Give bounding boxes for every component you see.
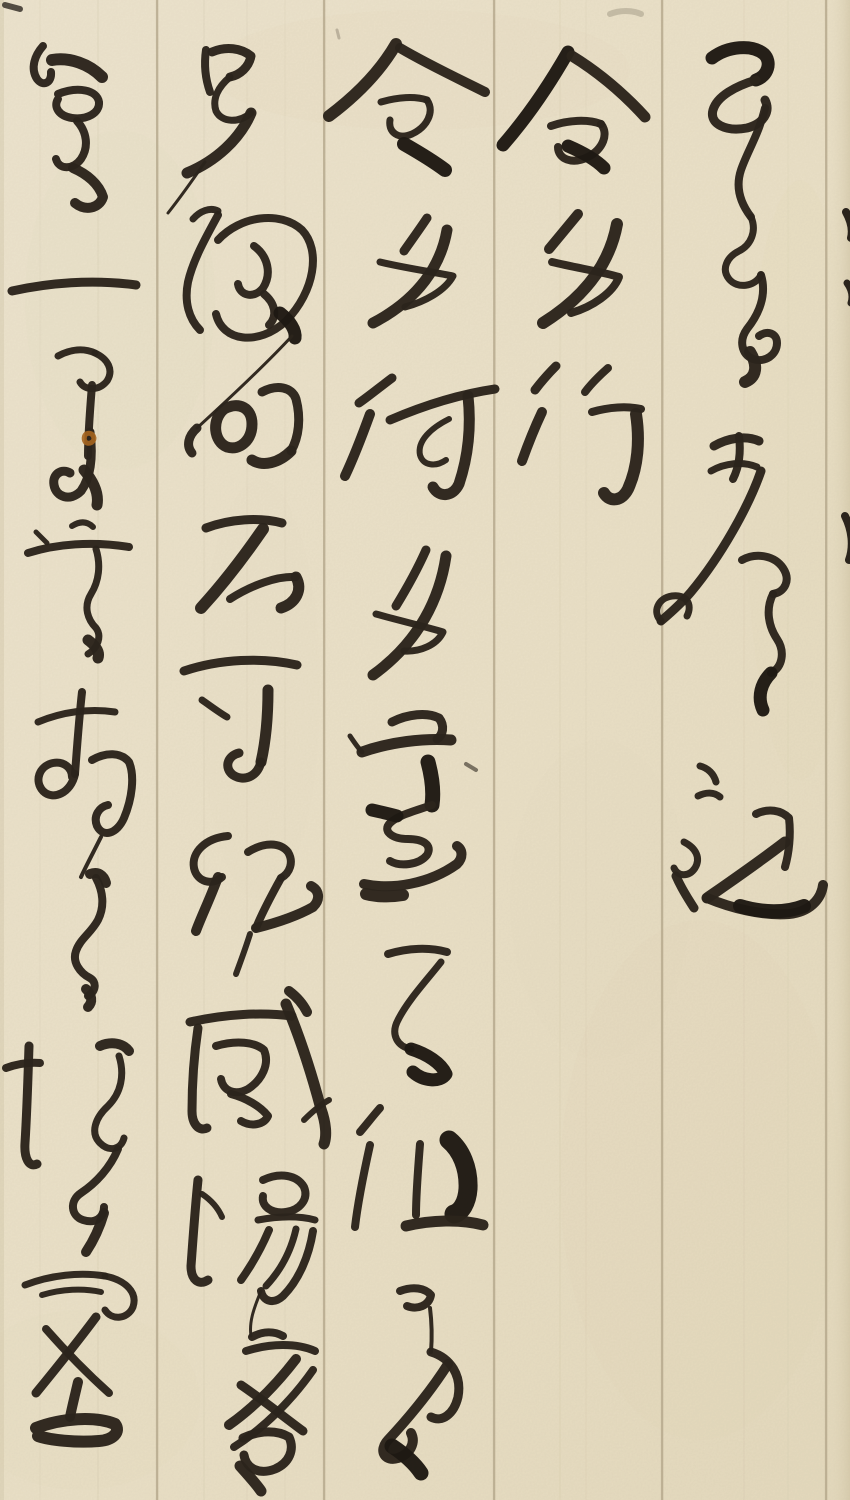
paper-crease [560,0,561,1500]
calligraphy-page [0,0,850,1500]
ruled-line-soft [495,0,496,1500]
ruled-line [662,0,663,1500]
paper-crease [285,0,286,1500]
brush-stroke [430,1308,432,1352]
ruled-line-soft [827,0,828,1500]
brush-stroke [428,762,433,805]
ruled-line [494,0,495,1500]
paper-crease [744,0,745,1500]
ruled-line-soft [158,0,159,1500]
brush-stroke [372,810,397,816]
paper-crease [40,0,41,1500]
corner-speck [5,5,20,9]
brush-stroke [86,989,91,1007]
brush-stroke [205,50,210,92]
brush-stroke [698,793,720,797]
ruled-line [826,0,827,1500]
brush-stroke [416,1144,420,1215]
ruled-line [157,0,158,1500]
brush-stroke [258,1217,315,1220]
dust-2 [337,30,339,38]
paper-crease [204,0,205,1500]
paper-crease [586,0,587,1500]
calligraphy-artwork [0,0,850,1500]
ruled-line [324,0,325,1500]
brush-stroke [740,906,804,911]
ruled-line-soft [325,0,326,1500]
top-smudge [610,11,641,14]
brush-stroke [406,1221,483,1226]
brush-stroke [366,894,403,896]
paper-crease [788,0,789,1500]
ruled-line-soft [663,0,664,1500]
